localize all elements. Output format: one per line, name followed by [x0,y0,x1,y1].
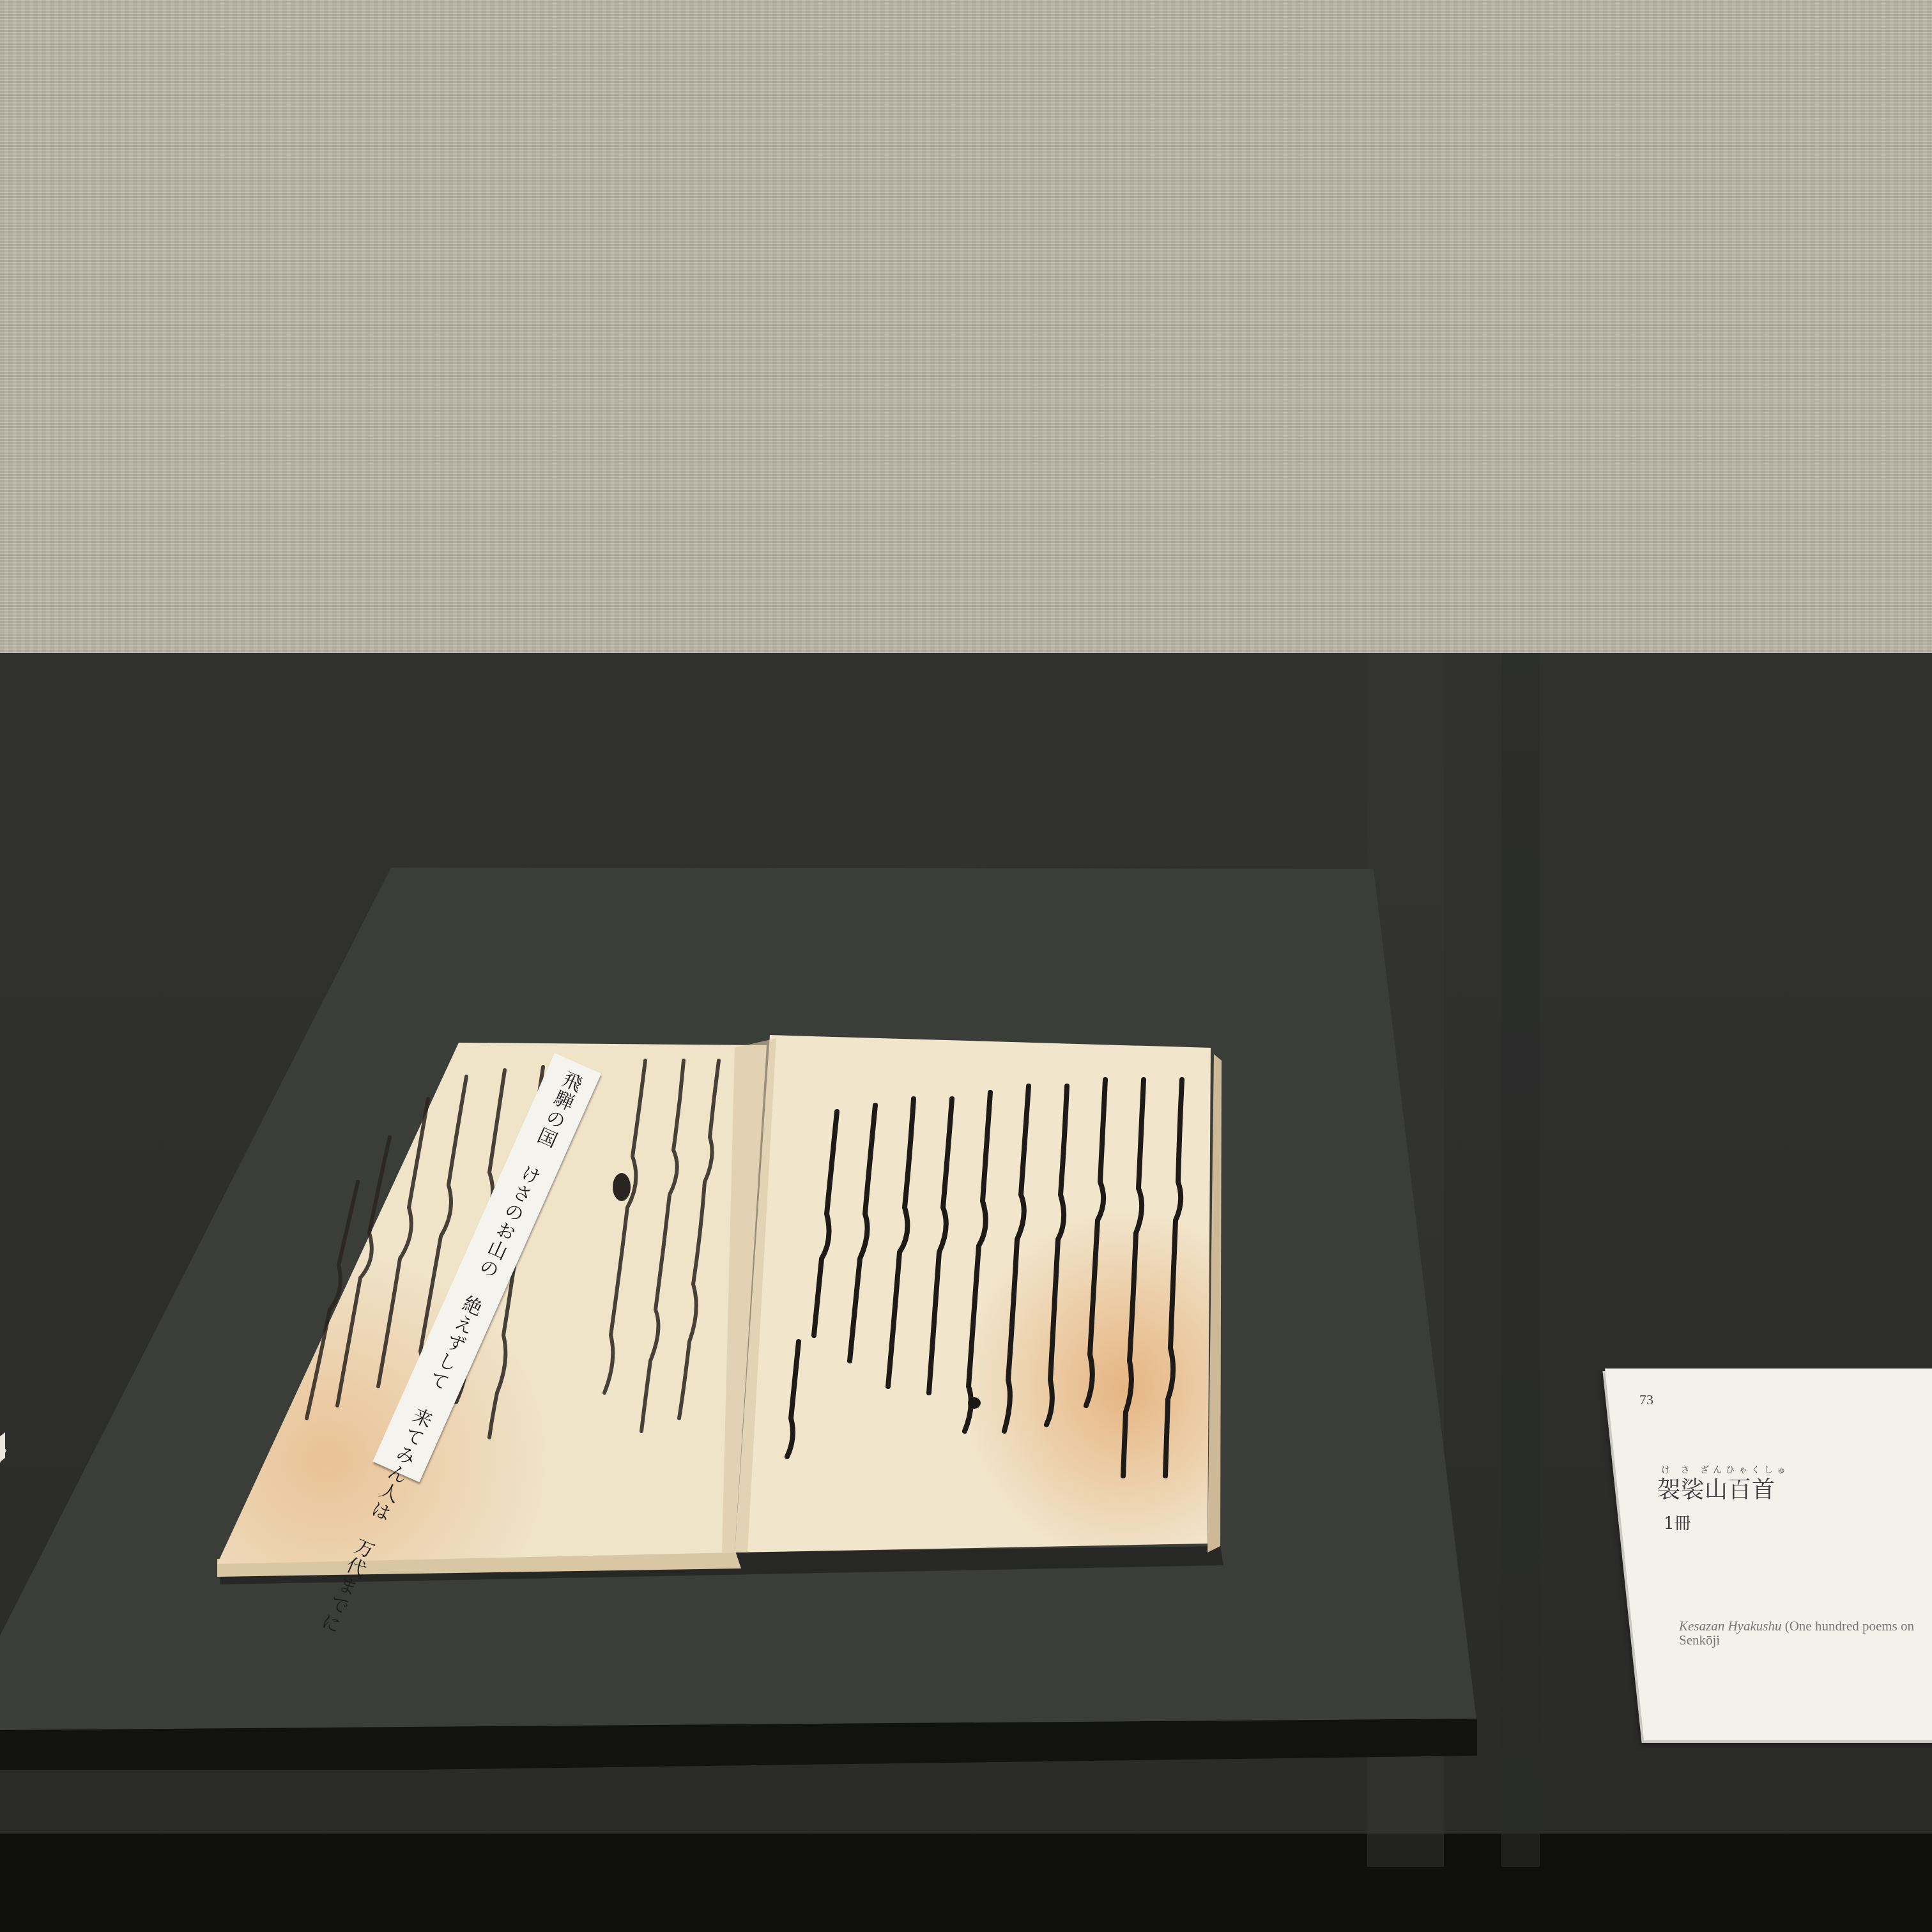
exhibit-label-card: 73 け さ ざんひゃくしゅ 袈裟山百首 1冊 Kesazan Hyakushu… [1605,1368,1932,1740]
exhibit-volume-count: 1冊 [1664,1510,1691,1534]
adjacent-object-edge [0,1432,5,1462]
exhibit-title-japanese: 袈裟山百首 [1657,1472,1775,1505]
english-title-italic: Kesazan Hyakushu [1679,1618,1781,1634]
exhibit-number: 73 [1639,1391,1653,1408]
exhibit-title-english: Kesazan Hyakushu (One hundred poems on S… [1679,1619,1914,1647]
english-line-2: Senkōji [1679,1632,1720,1648]
english-title-rest: (One hundred poems on [1781,1618,1914,1634]
